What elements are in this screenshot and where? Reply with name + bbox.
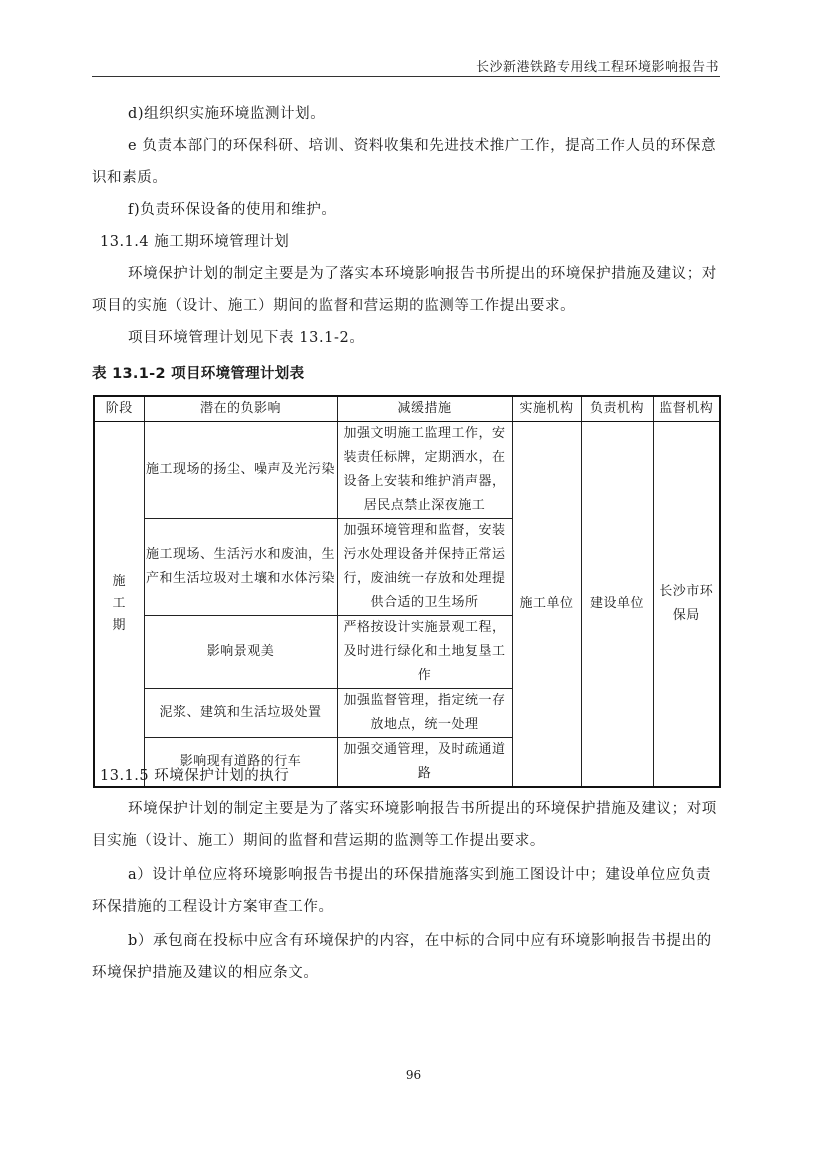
supervising-cell: 长沙市环保局 <box>653 422 720 788</box>
header-supervising: 监督机构 <box>653 396 720 422</box>
mitigation-cell: 加强监督管理，指定统一存放地点，统一处理 <box>337 689 512 738</box>
impact-cell: 施工现场的扬尘、噪声及光污染 <box>144 422 337 519</box>
section-heading-13-1-5: 13.1.5 环境保护计划的执行 <box>100 764 289 788</box>
table-caption: 表 13.1-2 项目环境管理计划表 <box>92 362 304 383</box>
stage-label: 施 工 期 <box>112 574 126 633</box>
header-rule <box>92 76 720 77</box>
management-plan-table: 阶段 潜在的负影响 减缓措施 实施机构 负责机构 监督机构 施 工 期 施工现场… <box>93 395 721 788</box>
table-header-row: 阶段 潜在的负影响 减缓措施 实施机构 负责机构 监督机构 <box>94 396 720 422</box>
paragraph-e: e 负责本部门的环保科研、培训、资料收集和先进技术推广工作，提高工作人员的环保意… <box>92 130 720 194</box>
mitigation-cell: 加强环境管理和监督，安装污水处理设备并保持正常运行，废油统一存放和处理提供合适的… <box>337 519 512 616</box>
mitigation-cell: 加强交通管理，及时疏通道路 <box>337 738 512 788</box>
table-row: 施 工 期 施工现场的扬尘、噪声及光污染 加强文明施工监理工作，安装责任标牌，定… <box>94 422 720 519</box>
paragraph-b: b）承包商在投标中应含有环境保护的内容，在中标的合同中应有环境影响报告书提出的环… <box>92 925 720 989</box>
paragraph-a: a）设计单位应将环境影响报告书提出的环保措施落实到施工图设计中；建设单位应负责环… <box>92 859 720 923</box>
paragraph-plan-intro: 环境保护计划的制定主要是为了落实本环境影响报告书所提出的环境保护措施及建议；对项… <box>92 258 720 322</box>
impact-cell: 施工现场、生活污水和废油，生产和生活垃圾对土壤和水体污染 <box>144 519 337 616</box>
header-mitigation: 减缓措施 <box>337 396 512 422</box>
paragraph-d: d)组织织实施环境监测计划。 <box>92 98 720 130</box>
header-implementing: 实施机构 <box>512 396 581 422</box>
stage-cell: 施 工 期 <box>94 422 144 788</box>
impact-cell: 泥浆、建筑和生活垃圾处置 <box>144 689 337 738</box>
header-stage: 阶段 <box>94 396 144 422</box>
mitigation-cell: 严格按设计实施景观工程，及时进行绿化和土地复垦工作 <box>337 616 512 689</box>
header-impact: 潜在的负影响 <box>144 396 337 422</box>
responsible-cell: 建设单位 <box>581 422 653 788</box>
header-responsible: 负责机构 <box>581 396 653 422</box>
page-number: 96 <box>0 1068 827 1082</box>
implementing-cell: 施工单位 <box>512 422 581 788</box>
paragraph-f: f)负责环保设备的使用和维护。 <box>92 194 720 226</box>
mitigation-cell: 加强文明施工监理工作，安装责任标牌，定期洒水，在设备上安装和维护消声器，居民点禁… <box>337 422 512 519</box>
running-header-title: 长沙新港铁路专用线工程环境影响报告书 <box>476 56 719 75</box>
paragraph-table-ref: 项目环境管理计划见下表 13.1-2。 <box>92 322 720 354</box>
paragraph-execution-intro: 环境保护计划的制定主要是为了落实环境影响报告书所提出的环境保护措施及建议；对项目… <box>92 793 720 857</box>
impact-cell: 影响景观美 <box>144 616 337 689</box>
section-heading-13-1-4: 13.1.4 施工期环境管理计划 <box>100 230 289 254</box>
